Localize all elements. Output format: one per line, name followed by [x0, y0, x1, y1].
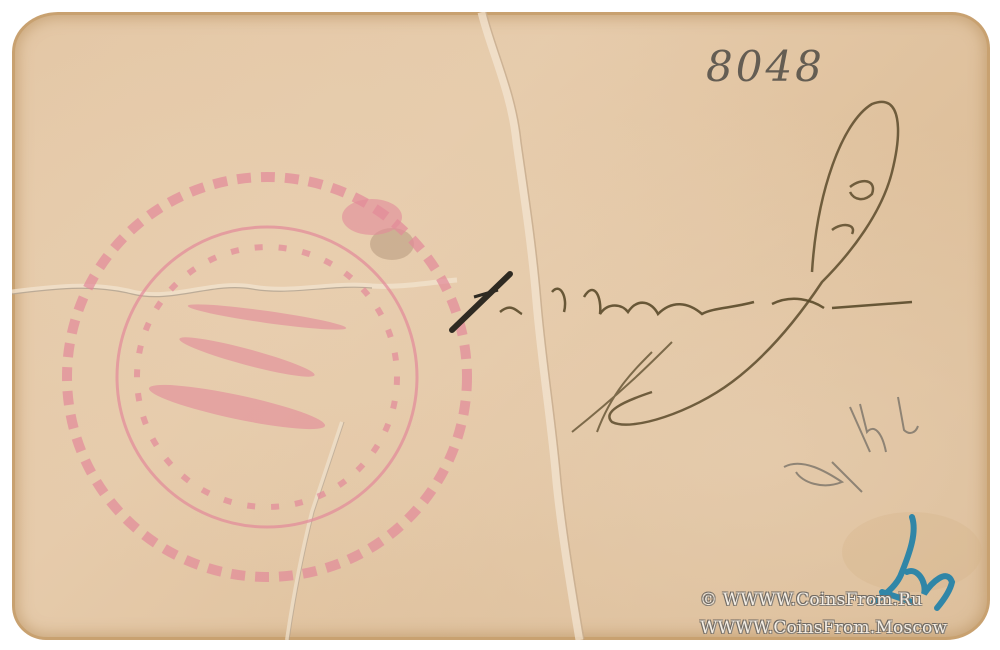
- pencil-note: [784, 397, 918, 492]
- ink-markings: [12, 12, 990, 640]
- watermark-line-2: WWWW.CoinsFrom.Moscow: [700, 618, 947, 638]
- signature-flourish: [609, 102, 898, 425]
- watermark-line-1: © WWWW.CoinsFrom.Ru: [700, 590, 922, 610]
- signature-stroke: [452, 274, 510, 330]
- signature: [500, 289, 912, 314]
- banknote-reverse: 8048: [12, 12, 990, 640]
- handwritten-number: 8048: [706, 42, 825, 91]
